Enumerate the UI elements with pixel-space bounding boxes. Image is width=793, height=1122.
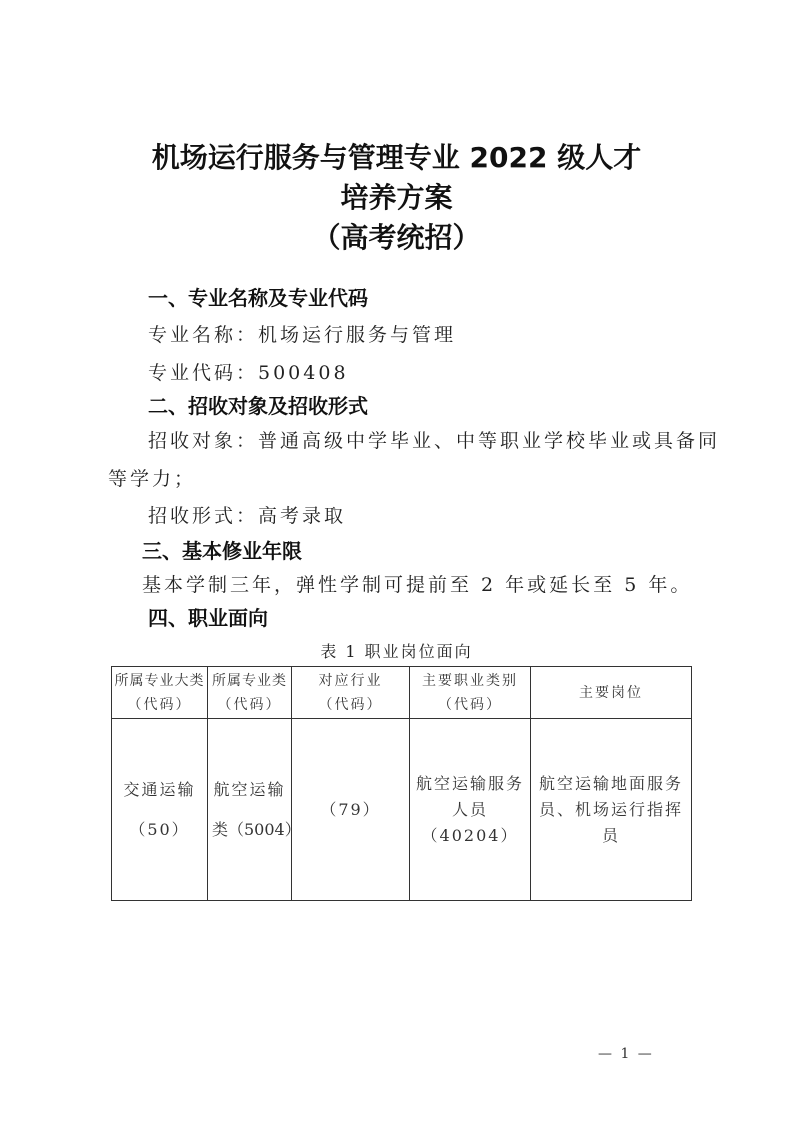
enrollment-target-text-cont: 等学力； (108, 464, 196, 494)
section-heading-1: 一、专业名称及专业代码 (148, 283, 368, 313)
table-caption: 表 1 职业岗位面向 (0, 641, 793, 663)
table-header-row: 所属专业大类 （代码） 所属专业类 （代码） 对应行业 （代码） 主要职业类别 … (112, 667, 692, 719)
cell-industry: （79） (292, 719, 410, 901)
enrollment-target-text: 招收对象：普通高级中学毕业、中等职业学校毕业或具备同 (148, 426, 720, 456)
header-industry: 对应行业 （代码） (292, 667, 410, 719)
header-major-category: 所属专业大类 （代码） (112, 667, 208, 719)
section-heading-3: 三、基本修业年限 (142, 536, 302, 566)
enrollment-form-text: 招收形式：高考录取 (148, 501, 346, 531)
major-name-text: 专业名称：机场运行服务与管理 (148, 320, 456, 350)
section-heading-4: 四、职业面向 (148, 603, 268, 633)
page-number: — 1 — (598, 1046, 654, 1062)
table-row: 交通运输 （50） 航空运输 类（5004） （79） 航空运输服务 人员 （4… (112, 719, 692, 901)
header-main-positions: 主要岗位 (531, 667, 692, 719)
major-code-text: 专业代码：500408 (148, 358, 349, 388)
document-title-line-1: 机场运行服务与管理专业 2022 级人才 (0, 138, 793, 178)
cell-occupation-category: 航空运输服务 人员 （40204） (410, 719, 531, 901)
cell-main-positions: 航空运输地面服务 员、机场运行指挥 员 (531, 719, 692, 901)
career-orientation-table: 所属专业大类 （代码） 所属专业类 （代码） 对应行业 （代码） 主要职业类别 … (111, 666, 692, 901)
study-duration-text: 基本学制三年，弹性学制可提前至 2 年或延长至 5 年。 (142, 570, 692, 600)
document-title-line-2: 培养方案 (0, 178, 793, 218)
cell-major-class: 航空运输 类（5004） (208, 719, 292, 901)
header-occupation-category: 主要职业类别 （代码） (410, 667, 531, 719)
cell-major-category: 交通运输 （50） (112, 719, 208, 901)
header-major-class: 所属专业类 （代码） (208, 667, 292, 719)
document-title-line-3: （高考统招） (0, 218, 793, 258)
section-heading-2: 二、招收对象及招收形式 (148, 391, 368, 421)
